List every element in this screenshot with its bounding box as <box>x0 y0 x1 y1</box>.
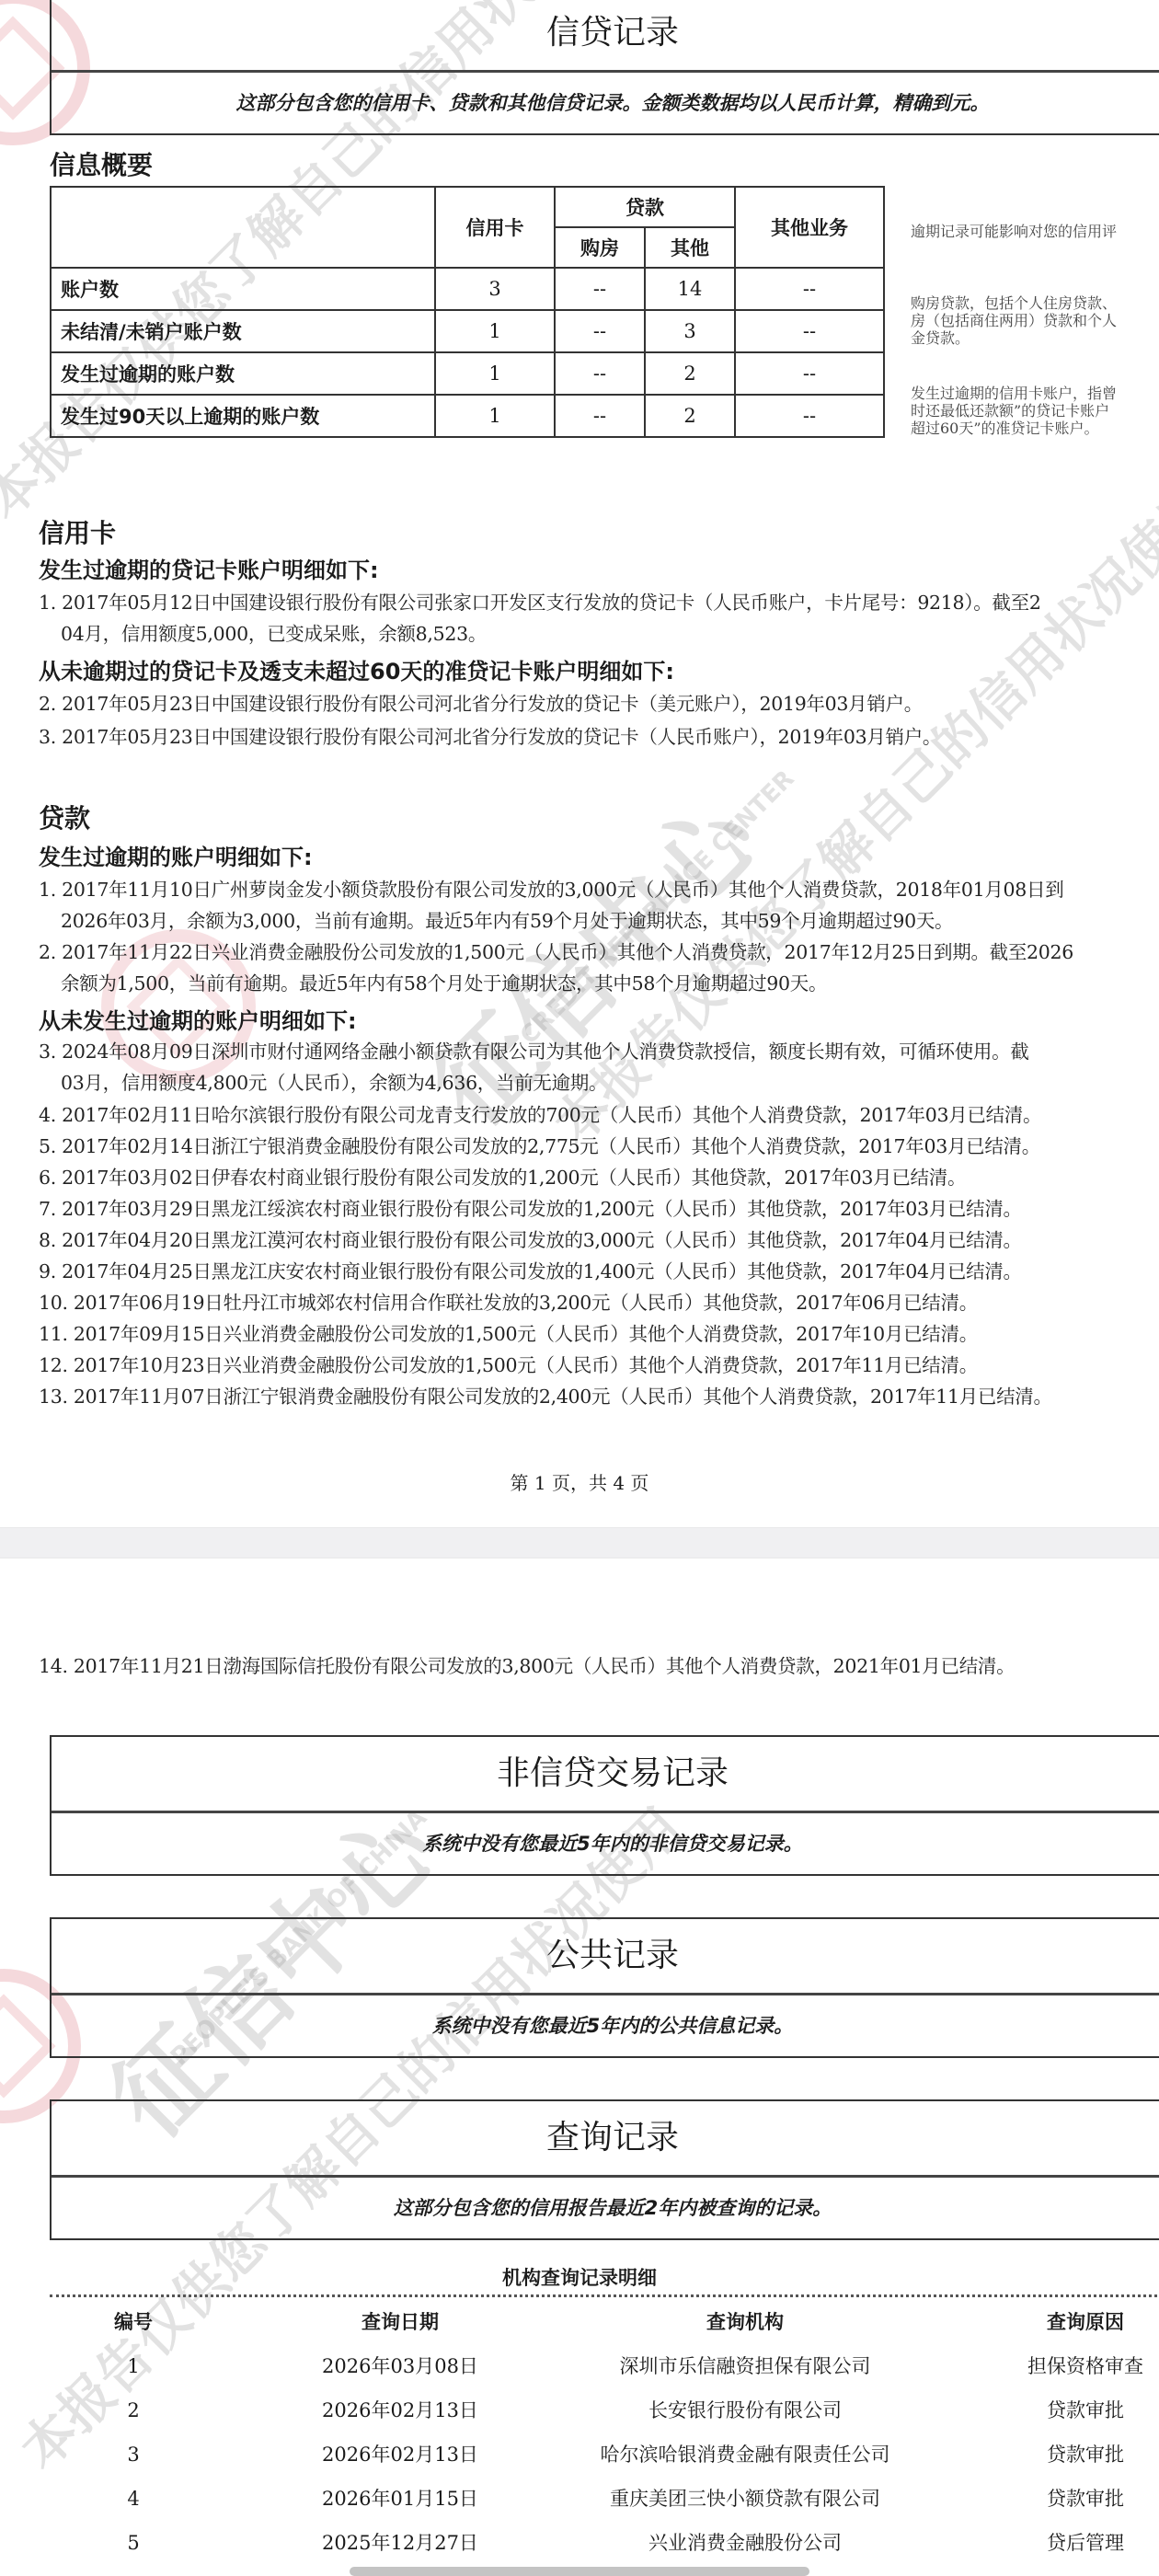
note-line: 购房贷款，包括个人住房贷款、 <box>911 294 1159 312</box>
row-label: 发生过逾期的账户数 <box>51 352 435 395</box>
non-credit-record-section: 非信贷交易记录 系统中没有您最近5年内的非信贷交易记录。 <box>50 1735 1159 1876</box>
cell-no: 4 <box>92 2477 175 2521</box>
row-label: 未结清/未销户账户数 <box>51 310 435 352</box>
credit-card-item-cont: 04月，信用额度5,000，已变成呆账，余额8,523。 <box>61 618 487 646</box>
section-subtitle: 系统中没有您最近5年内的非信贷交易记录。 <box>52 1813 1159 1874</box>
dotted-divider <box>50 2294 1159 2297</box>
note-line: 逾期记录可能影响对您的信用评 <box>911 223 1159 240</box>
note-line: 时还最低还款额”的贷记卡账户 <box>911 402 1159 420</box>
cell-other: 3 <box>645 310 735 352</box>
note-line: 发生过逾期的信用卡账户，指曾 <box>911 385 1159 402</box>
summary-heading: 信息概要 <box>50 145 153 182</box>
credit-card-item: 1. 2017年05月12日中国建设银行股份有限公司张家口开发区支行发放的贷记卡… <box>39 587 1041 615</box>
query-record-section: 查询记录 这部分包含您的信用报告最近2年内被查询的记录。 <box>50 2099 1159 2240</box>
header-no: 编号 <box>92 2300 175 2344</box>
loan-item: 14. 2017年11月21日渤海国际信托股份有限公司发放的3,800元（人民币… <box>39 1650 1015 1678</box>
query-table-row: 2 2026年02月13日 长安银行股份有限公司 贷款审批 <box>0 2388 1159 2432</box>
header-reason: 查询原因 <box>993 2300 1159 2344</box>
cell-reason: 担保资格审查 <box>993 2344 1159 2388</box>
credit-card-normal-heading: 从未逾期过的贷记卡及透支未超过60天的准贷记卡账户明细如下: <box>39 653 674 685</box>
summary-header-credit-card: 信用卡 <box>435 187 555 268</box>
loan-item: 6. 2017年03月02日伊春农村商业银行股份有限公司发放的1,200元（人民… <box>39 1162 966 1190</box>
loans-overdue-heading: 发生过逾期的账户明细如下: <box>39 839 313 871</box>
loan-item-cont: 03月，信用额度4,800元（人民币），余额为4,636，当前无逾期。 <box>61 1067 607 1095</box>
section-subtitle: 这部分包含您的信用报告最近2年内被查询的记录。 <box>52 2178 1159 2238</box>
note-line: 超过60天”的准贷记卡账户。 <box>911 420 1159 437</box>
cell-other-business: -- <box>735 268 884 310</box>
loan-item: 5. 2017年02月14日浙江宁银消费金融股份有限公司发放的2,775元（人民… <box>39 1131 1040 1158</box>
credit-record-header: 信贷记录 这部分包含您的信用卡、贷款和其他信贷记录。金额类数据均以人民币计算，精… <box>50 0 1159 135</box>
cell-org: 重庆美团三快小额贷款有限公司 <box>552 2477 938 2521</box>
summary-note-housing: 购房贷款，包括个人住房贷款、 房（包括商住两用）贷款和个人 金贷款。 <box>911 294 1159 347</box>
loans-heading: 贷款 <box>39 799 90 835</box>
cell-date: 2026年03月08日 <box>294 2344 506 2388</box>
cell-credit-card: 1 <box>435 310 555 352</box>
cell-other-business: -- <box>735 310 884 352</box>
page-number: 第 1 页，共 4 页 <box>0 1468 1159 1495</box>
summary-header-other-business: 其他业务 <box>735 187 884 268</box>
cell-org: 哈尔滨哈银消费金融有限责任公司 <box>552 2432 938 2477</box>
note-line: 房（包括商住两用）贷款和个人 <box>911 312 1159 329</box>
summary-note-overdue: 逾期记录可能影响对您的信用评 <box>911 223 1159 240</box>
summary-row: 发生过90天以上逾期的账户数 1 -- 2 -- <box>51 395 884 437</box>
horizontal-scrollbar[interactable] <box>350 2567 809 2576</box>
query-table-header: 编号 查询日期 查询机构 查询原因 <box>0 2300 1159 2344</box>
query-table-row: 5 2025年12月27日 兴业消费金融股份公司 贷后管理 <box>0 2521 1159 2565</box>
cell-credit-card: 1 <box>435 395 555 437</box>
cell-reason: 贷后管理 <box>993 2521 1159 2565</box>
loan-item: 4. 2017年02月11日哈尔滨银行股份有限公司龙青支行发放的700元（人民币… <box>39 1099 1041 1127</box>
cell-housing: -- <box>555 310 645 352</box>
cell-date: 2026年01月15日 <box>294 2477 506 2521</box>
loan-item: 8. 2017年04月20日黑龙江漠河农村商业银行股份有限公司发放的3,000元… <box>39 1225 1022 1252</box>
cell-other: 2 <box>645 395 735 437</box>
cell-org: 深圳市乐信融资担保有限公司 <box>552 2344 938 2388</box>
loan-item: 10. 2017年06月19日牡丹江市城郊农村信用合作联社发放的3,200元（人… <box>39 1287 978 1315</box>
section-subtitle: 这部分包含您的信用卡、贷款和其他信贷记录。金额类数据均以人民币计算，精确到元。 <box>52 73 1159 133</box>
loan-item: 13. 2017年11月07日浙江宁银消费金融股份有限公司发放的2,400元（人… <box>39 1381 1052 1409</box>
cell-reason: 贷款审批 <box>993 2477 1159 2521</box>
loan-item-cont: 2026年03月，余额为3,000，当前有逾期。最近5年内有59个月处于逾期状态… <box>61 905 953 933</box>
loan-item: 12. 2017年10月23日兴业消费金融股份公司发放的1,500元（人民币）其… <box>39 1350 978 1377</box>
loan-item: 7. 2017年03月29日黑龙江绥滨农村商业银行股份有限公司发放的1,200元… <box>39 1193 1022 1221</box>
cell-org: 长安银行股份有限公司 <box>552 2388 938 2432</box>
loan-item: 1. 2017年11月10日广州萝岗金发小额贷款股份有限公司发放的3,000元（… <box>39 874 1063 902</box>
query-table-row: 4 2026年01月15日 重庆美团三快小额贷款有限公司 贷款审批 <box>0 2477 1159 2521</box>
cell-reason: 贷款审批 <box>993 2388 1159 2432</box>
cell-no: 1 <box>92 2344 175 2388</box>
section-title: 非信贷交易记录 <box>52 1737 1159 1813</box>
summary-note-credit-card: 发生过逾期的信用卡账户，指曾 时还最低还款额”的贷记卡账户 超过60天”的准贷记… <box>911 385 1159 437</box>
cell-credit-card: 1 <box>435 352 555 395</box>
cell-other: 2 <box>645 352 735 395</box>
loan-item: 3. 2024年08月09日深圳市财付通网络金融小额贷款有限公司为其他个人消费贷… <box>39 1036 1029 1064</box>
cell-other-business: -- <box>735 352 884 395</box>
loan-item: 2. 2017年11月22日兴业消费金融股份公司发放的1,500元（人民币）其他… <box>39 937 1073 964</box>
summary-row: 发生过逾期的账户数 1 -- 2 -- <box>51 352 884 395</box>
loans-normal-heading: 从未发生过逾期的账户明细如下: <box>39 1003 357 1035</box>
credit-card-item: 3. 2017年05月23日中国建设银行股份有限公司河北省分行发放的贷记卡（人民… <box>39 721 941 749</box>
loan-item-cont: 余额为1,500，当前有逾期。最近5年内有58个月处于逾期状态，其中58个月逾期… <box>61 968 827 995</box>
credit-card-item: 2. 2017年05月23日中国建设银行股份有限公司河北省分行发放的贷记卡（美元… <box>39 688 923 716</box>
cell-housing: -- <box>555 268 645 310</box>
cell-housing: -- <box>555 395 645 437</box>
cell-housing: -- <box>555 352 645 395</box>
section-subtitle: 系统中没有您最近5年内的公共信息记录。 <box>52 1995 1159 2056</box>
summary-header-other: 其他 <box>645 227 735 268</box>
summary-header-housing: 购房 <box>555 227 645 268</box>
row-label: 账户数 <box>51 268 435 310</box>
cell-other-business: -- <box>735 395 884 437</box>
summary-header-blank <box>51 187 435 268</box>
credit-card-heading: 信用卡 <box>39 513 116 550</box>
cell-date: 2026年02月13日 <box>294 2388 506 2432</box>
cell-date: 2026年02月13日 <box>294 2432 506 2477</box>
summary-table: 信用卡 贷款 其他业务 购房 其他 账户数 3 -- 14 -- 未结清/未销户… <box>50 186 885 438</box>
loan-item: 9. 2017年04月25日黑龙江庆安农村商业银行股份有限公司发放的1,400元… <box>39 1256 1022 1283</box>
section-title: 查询记录 <box>52 2101 1159 2178</box>
public-record-section: 公共记录 系统中没有您最近5年内的公共信息记录。 <box>50 1917 1159 2058</box>
cell-no: 3 <box>92 2432 175 2477</box>
page-separator <box>0 1527 1159 1558</box>
query-table-row: 1 2026年03月08日 深圳市乐信融资担保有限公司 担保资格审查 <box>0 2344 1159 2388</box>
cell-reason: 贷款审批 <box>993 2432 1159 2477</box>
cell-credit-card: 3 <box>435 268 555 310</box>
query-table-title: 机构查询记录明细 <box>0 2263 1159 2291</box>
note-line: 金贷款。 <box>911 329 1159 347</box>
cell-org: 兴业消费金融股份公司 <box>552 2521 938 2565</box>
header-org: 查询机构 <box>552 2300 938 2344</box>
summary-header-loan: 贷款 <box>555 187 735 227</box>
credit-card-overdue-heading: 发生过逾期的贷记卡账户明细如下: <box>39 552 379 584</box>
query-table-row: 3 2026年02月13日 哈尔滨哈银消费金融有限责任公司 贷款审批 <box>0 2432 1159 2477</box>
header-date: 查询日期 <box>294 2300 506 2344</box>
cell-no: 2 <box>92 2388 175 2432</box>
cell-no: 5 <box>92 2521 175 2565</box>
summary-row: 账户数 3 -- 14 -- <box>51 268 884 310</box>
cell-other: 14 <box>645 268 735 310</box>
section-title: 公共记录 <box>52 1919 1159 1995</box>
loan-item: 11. 2017年09月15日兴业消费金融股份公司发放的1,500元（人民币）其… <box>39 1318 978 1346</box>
summary-row: 未结清/未销户账户数 1 -- 3 -- <box>51 310 884 352</box>
section-title: 信贷记录 <box>52 0 1159 73</box>
row-label: 发生过90天以上逾期的账户数 <box>51 395 435 437</box>
cell-date: 2025年12月27日 <box>294 2521 506 2565</box>
